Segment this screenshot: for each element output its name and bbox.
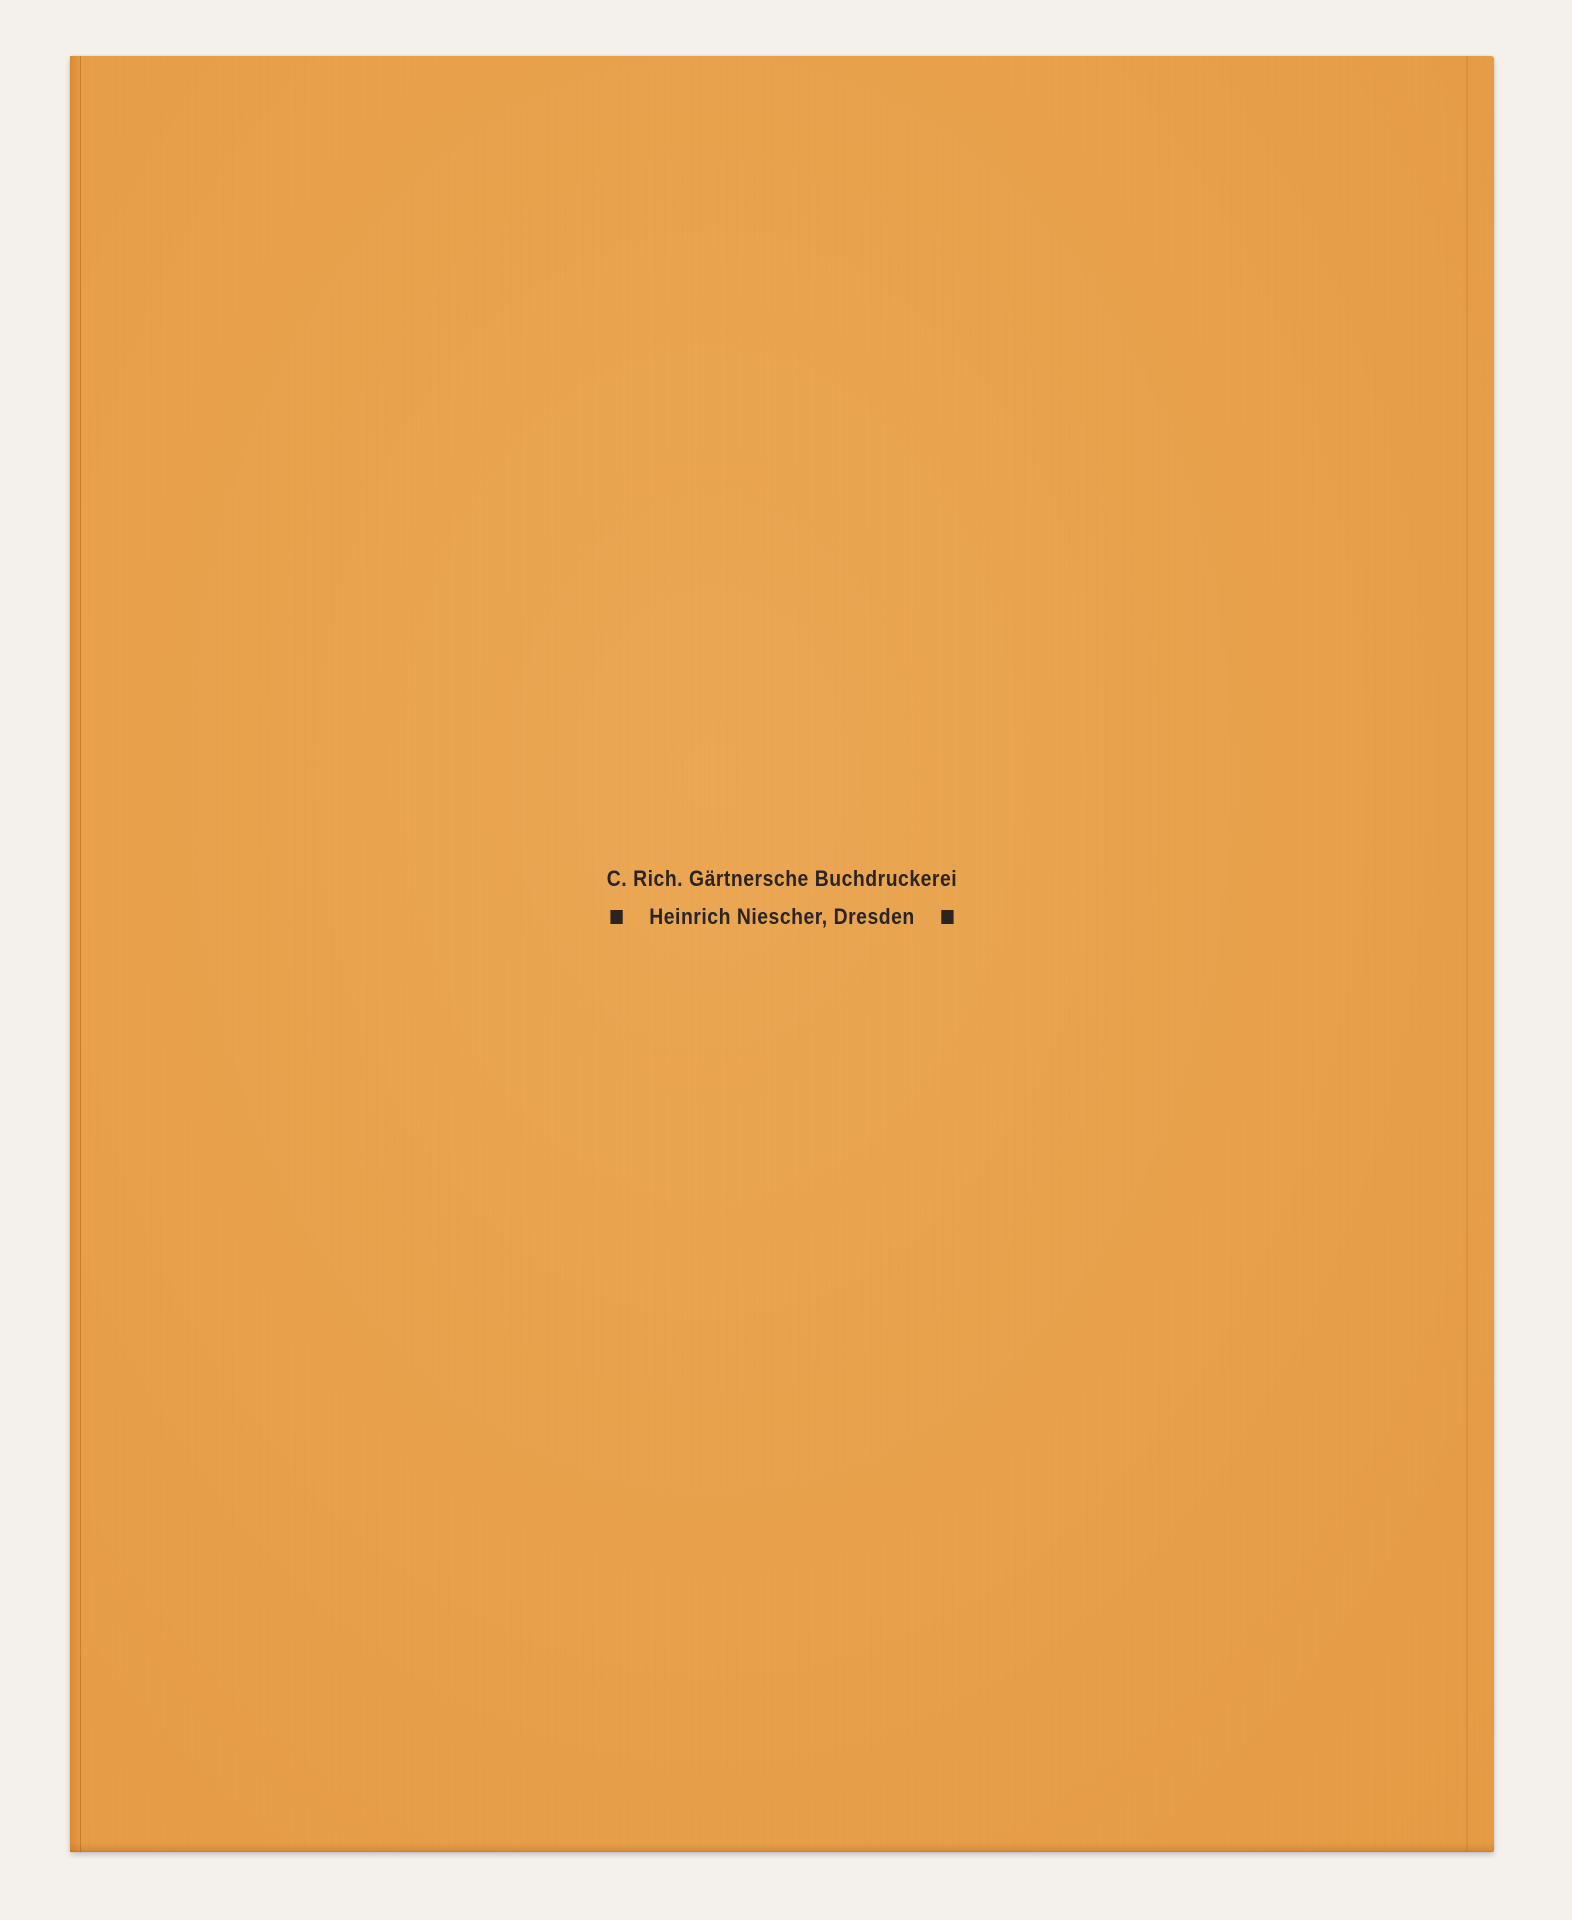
book-cover: C. Rich. Gärtnersche Buchdruckerei Heinr… — [70, 56, 1494, 1852]
square-bullet-icon — [941, 910, 953, 924]
cover-bottom-edge — [70, 1843, 1494, 1852]
cover-fold-line — [1466, 56, 1468, 1852]
square-bullet-icon — [611, 910, 623, 924]
cover-spine-edge — [70, 56, 81, 1852]
imprint-second-line: Heinrich Niescher, Dresden — [155, 898, 1408, 936]
imprint-printer-name: C. Rich. Gärtnersche Buchdruckerei — [155, 860, 1408, 898]
imprint-owner-location: Heinrich Niescher, Dresden — [649, 898, 915, 936]
printer-imprint: C. Rich. Gärtnersche Buchdruckerei Heinr… — [155, 860, 1408, 936]
